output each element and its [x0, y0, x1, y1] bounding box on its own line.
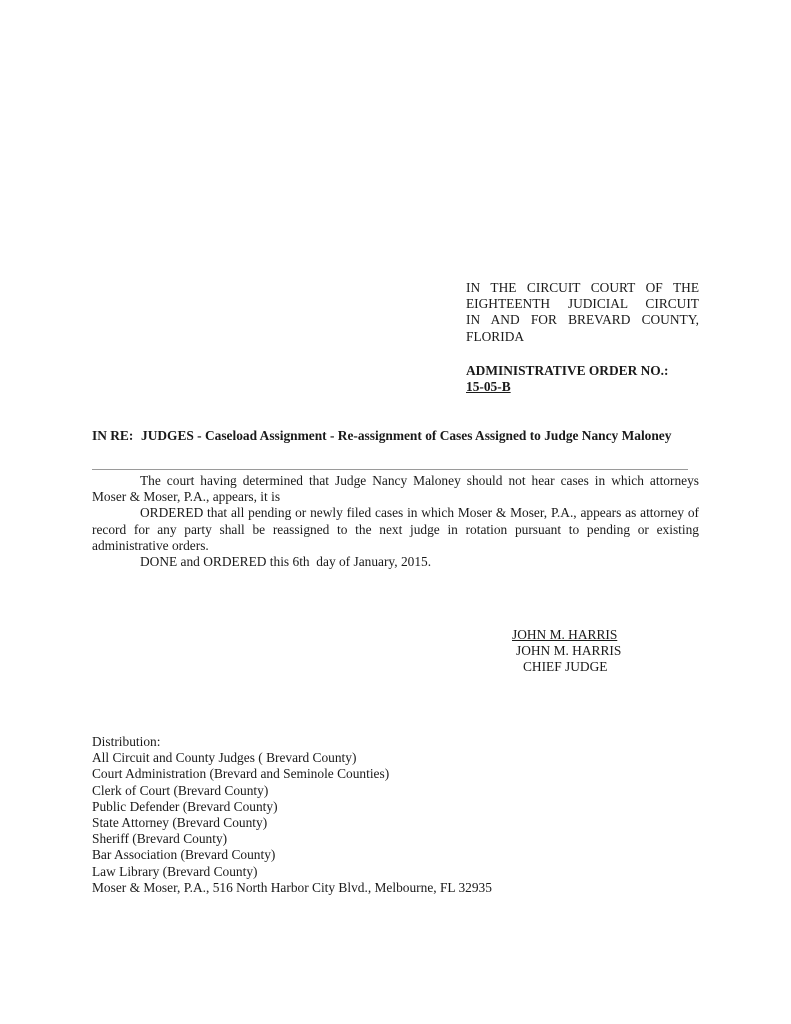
distribution-recipient: Sheriff (Brevard County) — [92, 831, 492, 847]
distribution-recipient: Moser & Moser, P.A., 516 North Harbor Ci… — [92, 880, 492, 896]
order-number: 15-05-B — [466, 379, 669, 395]
in-re-section: IN RE: JUDGES - Caseload Assignment - Re… — [92, 428, 699, 444]
distribution-recipient: Court Administration (Brevard and Semino… — [92, 766, 492, 782]
horizontal-rule — [92, 469, 688, 470]
administrative-order-heading: ADMINISTRATIVE ORDER NO.: 15-05-B — [466, 363, 669, 395]
printed-name: JOHN M. HARRIS — [512, 643, 621, 659]
signature-block: JOHN M. HARRIS JOHN M. HARRIS CHIEF JUDG… — [512, 627, 621, 676]
body-paragraph: DONE and ORDERED this 6th day of January… — [92, 554, 699, 570]
distribution-recipient: Clerk of Court (Brevard County) — [92, 783, 492, 799]
caption-line: FLORIDA — [466, 329, 699, 345]
court-caption: IN THE CIRCUIT COURT OF THE EIGHTEENTH J… — [466, 280, 699, 345]
distribution-recipient: Public Defender (Brevard County) — [92, 799, 492, 815]
signature-line: JOHN M. HARRIS — [512, 627, 621, 643]
distribution-recipient: Law Library (Brevard County) — [92, 864, 492, 880]
distribution-recipient: Bar Association (Brevard County) — [92, 847, 492, 863]
distribution-heading: Distribution: — [92, 734, 492, 750]
distribution-recipient: All Circuit and County Judges ( Brevard … — [92, 750, 492, 766]
signer-title: CHIEF JUDGE — [512, 659, 621, 675]
caption-line: EIGHTEENTH JUDICIAL CIRCUIT — [466, 296, 699, 312]
body-paragraph: ORDERED that all pending or newly filed … — [92, 505, 699, 554]
body-paragraph: The court having determined that Judge N… — [92, 473, 699, 505]
in-re-label: IN RE: — [92, 428, 133, 444]
caption-line: IN THE CIRCUIT COURT OF THE — [466, 280, 699, 296]
distribution-recipient: State Attorney (Brevard County) — [92, 815, 492, 831]
order-label: ADMINISTRATIVE ORDER NO.: — [466, 363, 669, 378]
caption-line: IN AND FOR BREVARD COUNTY, — [466, 312, 699, 328]
in-re-subject: JUDGES - Caseload Assignment - Re-assign… — [141, 428, 699, 444]
distribution-list: Distribution: All Circuit and County Jud… — [92, 734, 492, 896]
order-body: The court having determined that Judge N… — [92, 473, 699, 570]
